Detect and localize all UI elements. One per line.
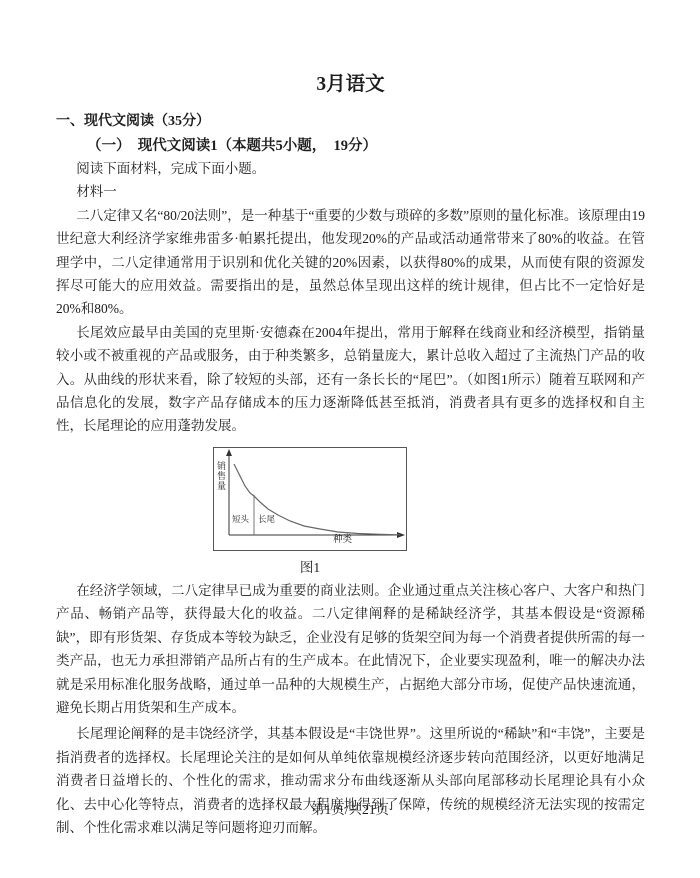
subsection-heading: （一） 现代文阅读1（本题共5小题， 19分）: [56, 135, 645, 157]
longtail-chart-canvas: [214, 448, 406, 550]
y-axis-label: 销售量: [215, 461, 227, 491]
paragraph-pareto: 二八定律又名“80/20法则”，是一种基于“重要的少数与琐碎的多数”原则的量化标…: [56, 204, 645, 321]
x-axis-label: 种类: [333, 534, 352, 546]
paragraph-abundance-economics: 长尾理论阐释的是丰饶经济学，其基本假设是“丰饶世界”。这里所说的“稀缺”和“丰饶…: [56, 722, 645, 839]
document-page: 3月语文 一、现代文阅读（35分） （一） 现代文阅读1（本题共5小题， 19分…: [0, 0, 700, 878]
page-number: 第1页/共21页: [0, 798, 700, 821]
section-heading: 一、现代文阅读（35分）: [56, 111, 645, 133]
paragraph-longtail-intro: 长尾效应最早由美国的克里斯·安德森在2004年提出，常用于解释在线商业和经济模型…: [56, 321, 645, 438]
paragraph-scarcity-economics: 在经济学领域，二八定律早已成为重要的商业法则。企业通过重点关注核心客户、大客户和…: [56, 579, 645, 719]
figure-1: 销售量 种类 短头 长尾 图1: [213, 447, 407, 579]
longtail-chart: 销售量 种类 短头 长尾: [213, 447, 407, 551]
figure-caption: 图1: [213, 556, 407, 579]
short-head-label: 短头: [232, 514, 249, 525]
y-axis-arrow-icon: [226, 449, 232, 456]
instruction-text: 阅读下面材料，完成下面小题。: [56, 157, 645, 180]
long-tail-label: 长尾: [258, 514, 275, 525]
page-title: 3月语文: [56, 72, 645, 97]
material-label: 材料一: [56, 180, 645, 203]
